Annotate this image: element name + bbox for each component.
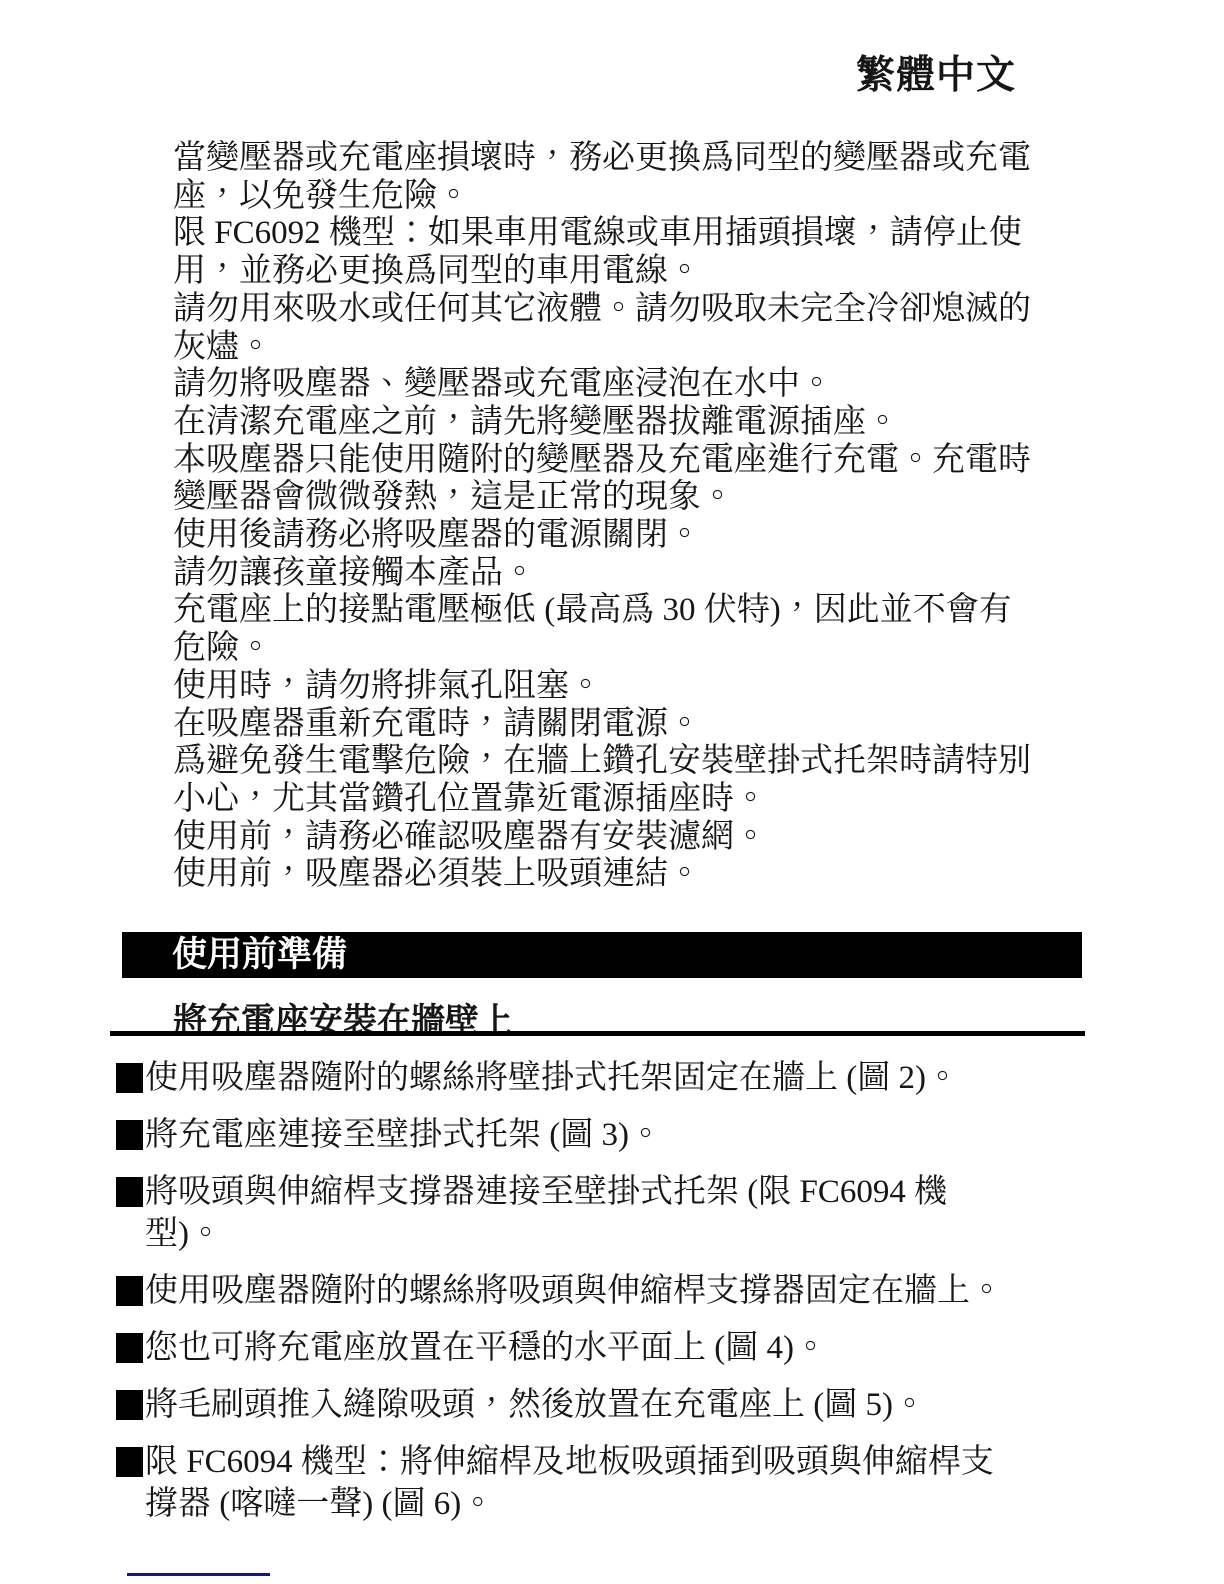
bullet-square-icon xyxy=(116,1390,143,1420)
bullet-square-icon xyxy=(116,1447,143,1477)
step-text: 限 FC6094 機型：將伸縮桿及地板吸頭插到吸頭與伸縮桿支 撐器 (喀噠一聲)… xyxy=(145,1441,1081,1525)
safety-paragraph: 使用前，吸塵器必須裝上吸頭連結。 xyxy=(173,856,1070,894)
footer-rule xyxy=(127,1573,270,1576)
safety-paragraph: 在清潔充電座之前，請先將變壓器拔離電源插座。 xyxy=(173,404,1070,442)
safety-paragraph: 使用時，請勿將排氣孔阻塞。 xyxy=(173,668,1070,706)
step-text: 使用吸塵器隨附的螺絲將吸頭與伸縮桿支撐器固定在牆上。 xyxy=(145,1270,1081,1312)
bullet-square-icon xyxy=(116,1276,143,1306)
list-item: 使用吸塵器隨附的螺絲將吸頭與伸縮桿支撐器固定在牆上。 xyxy=(116,1270,1081,1312)
safety-paragraph: 限 FC6092 機型：如果車用電線或車用插頭損壞，請停止使 用，並務必更換爲同… xyxy=(173,215,1070,290)
safety-paragraph: 充電座上的接點電壓極低 (最高爲 30 伏特)，因此並不會有 危險。 xyxy=(173,592,1070,667)
list-item: 使用吸塵器隨附的螺絲將壁掛式托架固定在牆上 (圖 2)。 xyxy=(116,1057,1081,1099)
list-item: 您也可將充電座放置在平穩的水平面上 (圖 4)。 xyxy=(116,1327,1081,1369)
manual-page: 繁體中文 當變壓器或充電座損壞時，務必更換爲同型的變壓器或充電 座，以免發生危險… xyxy=(0,0,1224,1584)
step-text: 使用吸塵器隨附的螺絲將壁掛式托架固定在牆上 (圖 2)。 xyxy=(145,1057,1081,1099)
section-title: 使用前準備 xyxy=(172,935,347,974)
list-item: 限 FC6094 機型：將伸縮桿及地板吸頭插到吸頭與伸縮桿支 撐器 (喀噠一聲)… xyxy=(116,1441,1081,1525)
section-divider-rule xyxy=(110,1031,1085,1036)
list-item: 將吸頭與伸縮桿支撐器連接至壁掛式托架 (限 FC6094 機 型)。 xyxy=(116,1171,1081,1255)
safety-paragraph: 請勿讓孩童接觸本產品。 xyxy=(173,555,1070,593)
safety-paragraph: 本吸塵器只能使用隨附的變壓器及充電座進行充電。充電時 變壓器會微微發熱，這是正常… xyxy=(173,442,1070,517)
list-item: 將毛刷頭推入縫隙吸頭，然後放置在充電座上 (圖 5)。 xyxy=(116,1384,1081,1426)
list-item: 將充電座連接至壁掛式托架 (圖 3)。 xyxy=(116,1114,1081,1156)
step-text: 您也可將充電座放置在平穩的水平面上 (圖 4)。 xyxy=(145,1327,1081,1369)
section-header-bar: 使用前準備 xyxy=(122,932,1082,978)
bullet-square-icon xyxy=(116,1063,143,1093)
step-text: 將毛刷頭推入縫隙吸頭，然後放置在充電座上 (圖 5)。 xyxy=(145,1384,1081,1426)
safety-paragraph: 使用前，請務必確認吸塵器有安裝濾網。 xyxy=(173,819,1070,857)
step-text: 將吸頭與伸縮桿支撐器連接至壁掛式托架 (限 FC6094 機 型)。 xyxy=(145,1171,1081,1255)
installation-steps-list: 使用吸塵器隨附的螺絲將壁掛式托架固定在牆上 (圖 2)。 將充電座連接至壁掛式托… xyxy=(116,1057,1081,1540)
safety-paragraph: 在吸塵器重新充電時，請關閉電源。 xyxy=(173,706,1070,744)
bullet-square-icon xyxy=(116,1120,143,1150)
step-text: 將充電座連接至壁掛式托架 (圖 3)。 xyxy=(145,1114,1081,1156)
safety-paragraph: 請勿用來吸水或任何其它液體。請勿吸取未完全冷卻熄滅的 灰燼。 xyxy=(173,291,1070,366)
safety-paragraph: 爲避免發生電擊危險，在牆上鑽孔安裝壁掛式托架時請特別 小心，尤其當鑽孔位置靠近電… xyxy=(173,743,1070,818)
safety-paragraph: 請勿將吸塵器、變壓器或充電座浸泡在水中。 xyxy=(173,366,1070,404)
safety-instructions: 當變壓器或充電座損壞時，務必更換爲同型的變壓器或充電 座，以免發生危險。 限 F… xyxy=(173,140,1070,894)
bullet-square-icon xyxy=(116,1333,143,1363)
safety-paragraph: 當變壓器或充電座損壞時，務必更換爲同型的變壓器或充電 座，以免發生危險。 xyxy=(173,140,1070,215)
safety-paragraph: 使用後請務必將吸塵器的電源關閉。 xyxy=(173,517,1070,555)
bullet-square-icon xyxy=(116,1177,143,1207)
language-header: 繁體中文 xyxy=(856,44,1016,100)
